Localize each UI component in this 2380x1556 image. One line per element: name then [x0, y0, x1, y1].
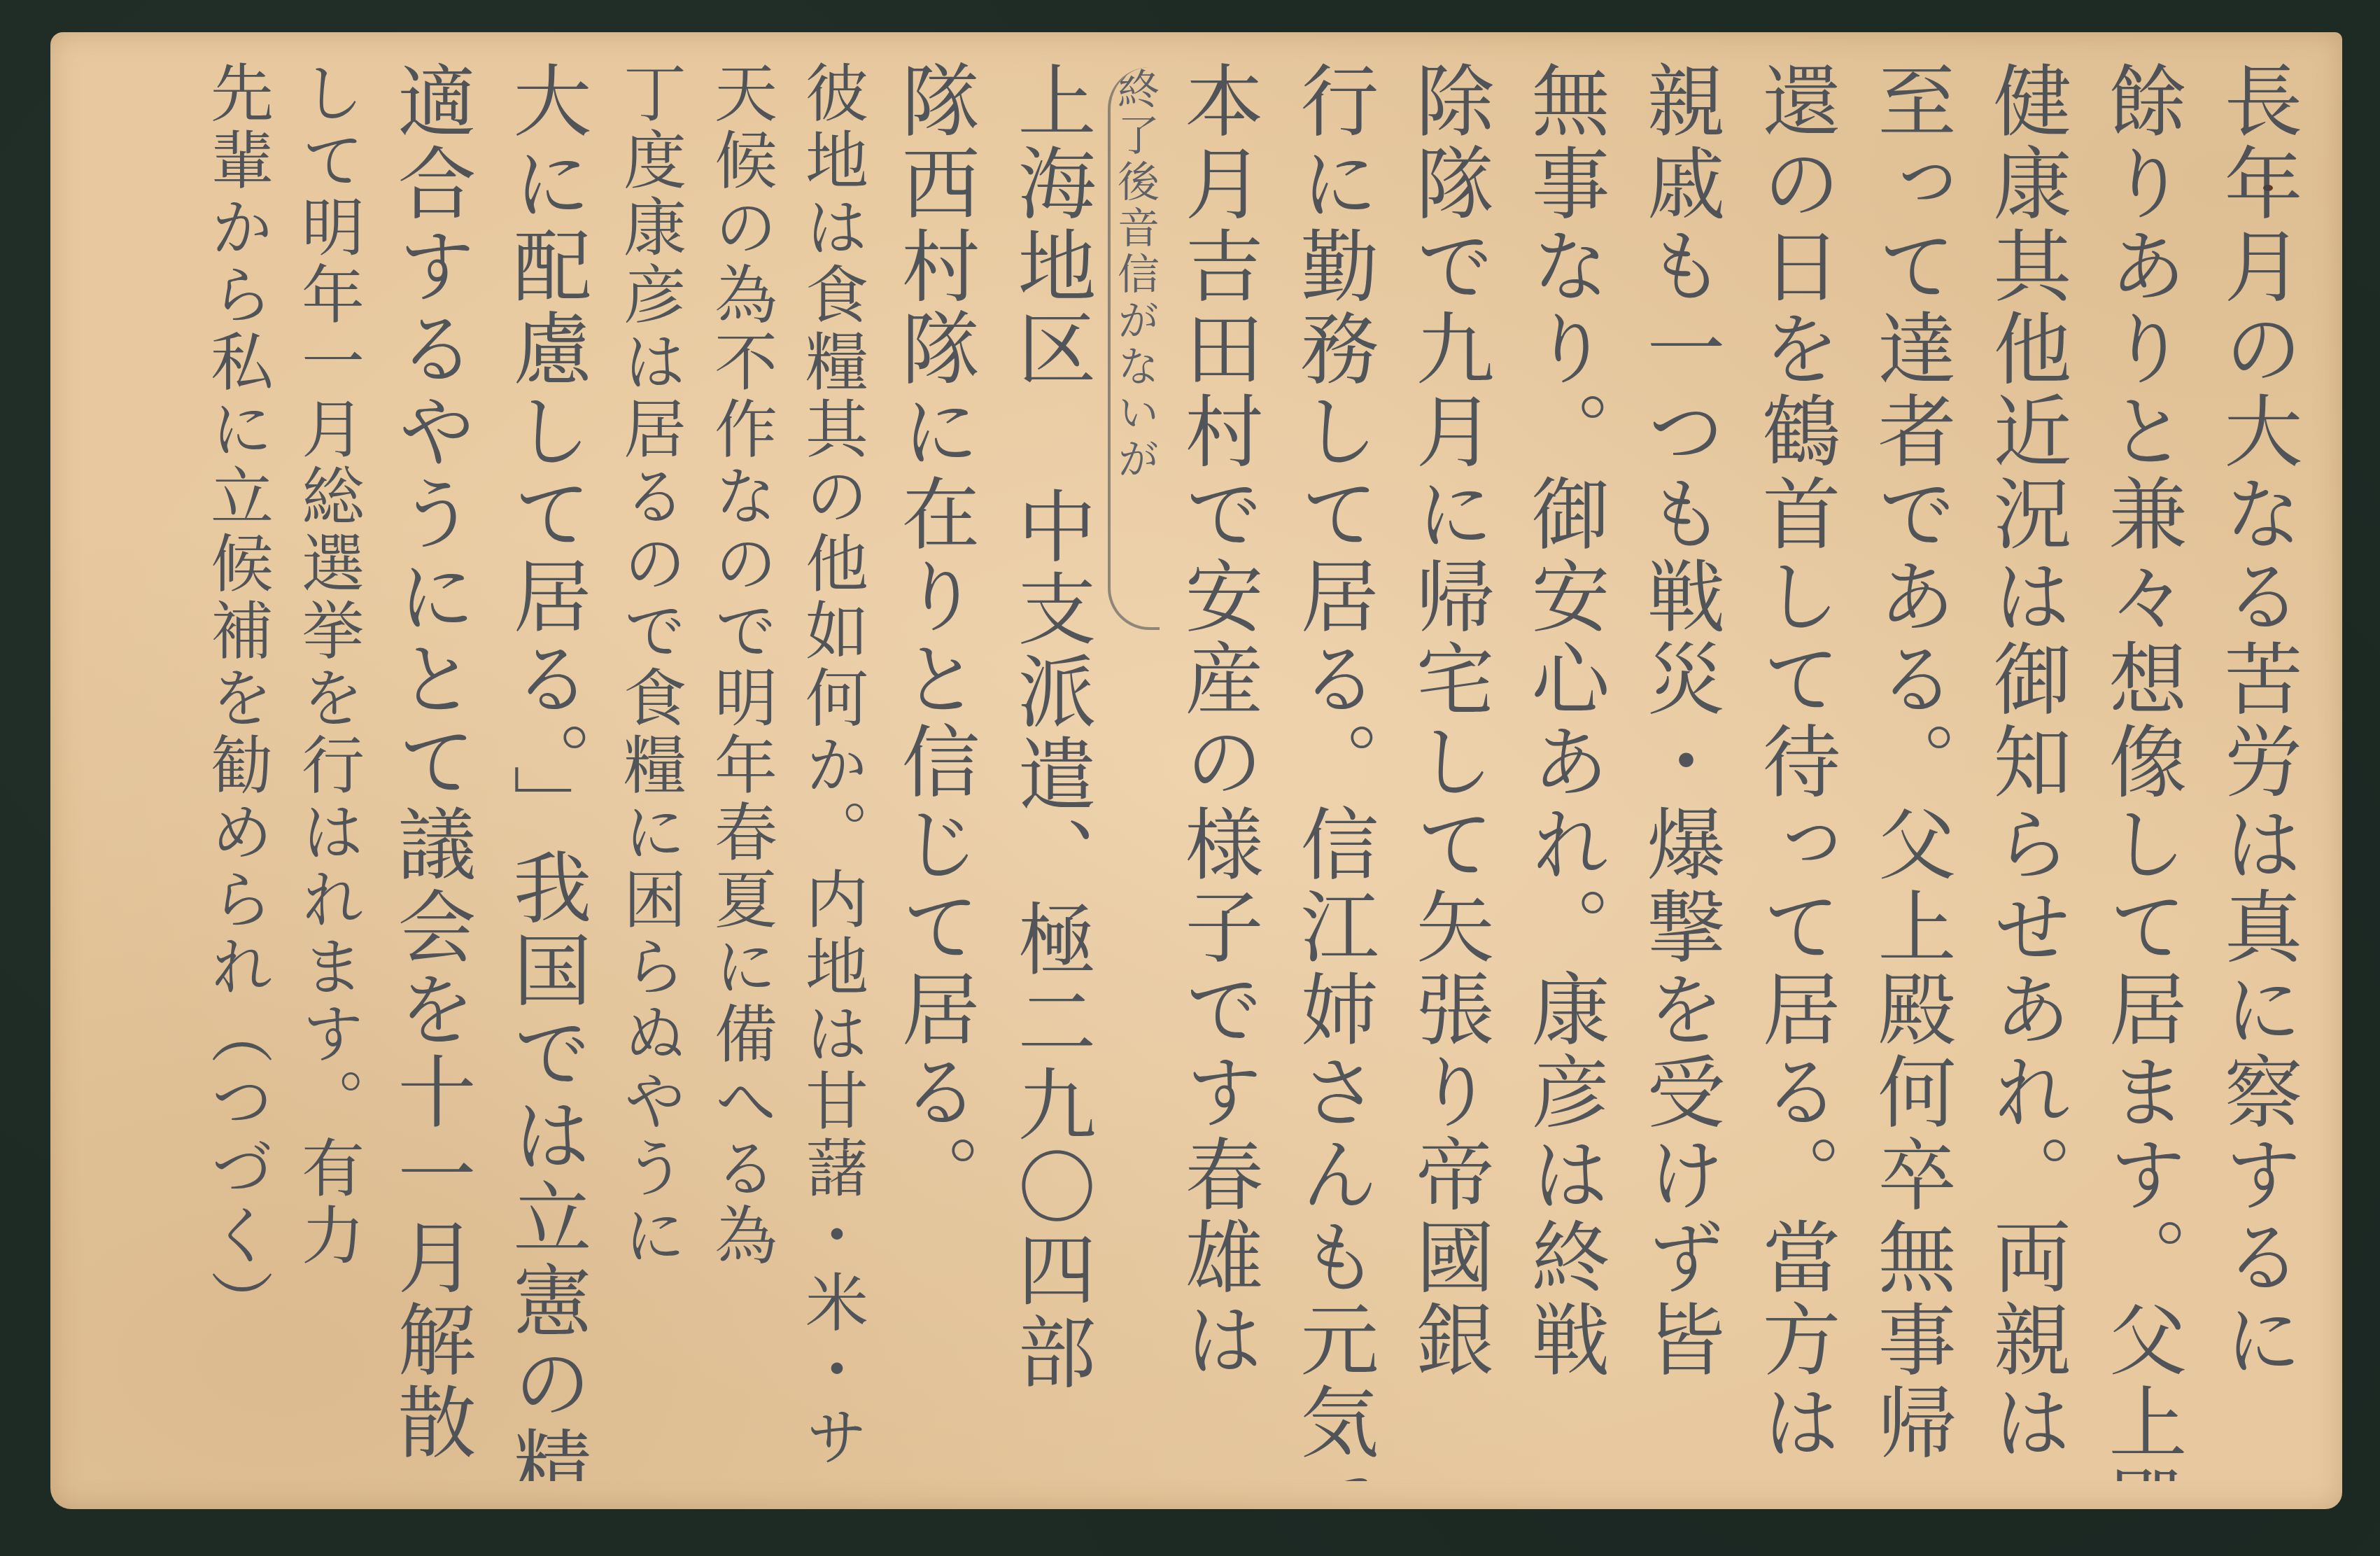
text-column-15: 大に配慮して居る。」我国では立憲の精神に: [488, 60, 603, 1481]
text-column-5: 還の日を鶴首して待って居る。當方は: [1737, 60, 1852, 1481]
text-column-4: 至って達者である。父上殿何卒無事帰: [1852, 60, 1968, 1481]
text-column-10: 本月吉田村で安産の様子です春雄は: [1160, 60, 1275, 1481]
text-column-18: 先輩から私に立候補を勧められ（つづく）: [190, 60, 281, 1481]
text-column-11: 隊西村隊に在りと信じて居る。: [876, 60, 992, 1481]
address-unit: 中支派遣、極二九〇四部: [1005, 486, 1096, 1394]
text-column-17: して明年一月総選挙を行はれます。有力: [281, 60, 372, 1481]
text-column-3: 健康其他近況は御知らせあれ。両親は: [1968, 60, 2083, 1481]
text-column-7: 無事なり。御安心あれ。康彦は終戦: [1506, 60, 1621, 1481]
address-column: 上海地区 中支派遣、極二九〇四部: [992, 60, 1108, 1481]
address-region: 上海地区: [1005, 60, 1096, 391]
handwritten-text-columns: 長年月の大なる苦労は真に察するに 餘りありと兼々想像して居ます。父上殿の 健康其…: [78, 60, 2314, 1481]
text-column-16: 適合するやうにとて議会を十一月解散: [372, 60, 488, 1481]
text-column-12: 彼地は食糧其の他如何か。内地は甘藷・米・サツマ芋: [785, 60, 876, 1481]
text-column-6: 親戚も一つも戦災・爆撃を受けず皆: [1621, 60, 1737, 1481]
text-column-14: 丁度康彦は居るので食糧に困らぬやうに: [603, 60, 694, 1481]
postcard: 長年月の大なる苦労は真に察するに 餘りありと兼々想像して居ます。父上殿の 健康其…: [50, 32, 2342, 1509]
text-column-2: 餘りありと兼々想像して居ます。父上殿の: [2083, 60, 2199, 1481]
bracketed-note: 終了後音信がないが: [1108, 67, 1160, 630]
text-column-1: 長年月の大なる苦労は真に察するに: [2199, 60, 2314, 1481]
text-column-13: 天候の為不作なので明年春夏に備へる為: [694, 60, 785, 1481]
text-column-8: 除隊で九月に帰宅して矢張り帝國銀: [1390, 60, 1506, 1481]
text-column-9: 行に勤務して居る。信江姉さんも元気で: [1275, 60, 1390, 1481]
bracketed-address-group: 終了後音信がないが 上海地区 中支派遣、極二九〇四部: [992, 60, 1160, 1481]
